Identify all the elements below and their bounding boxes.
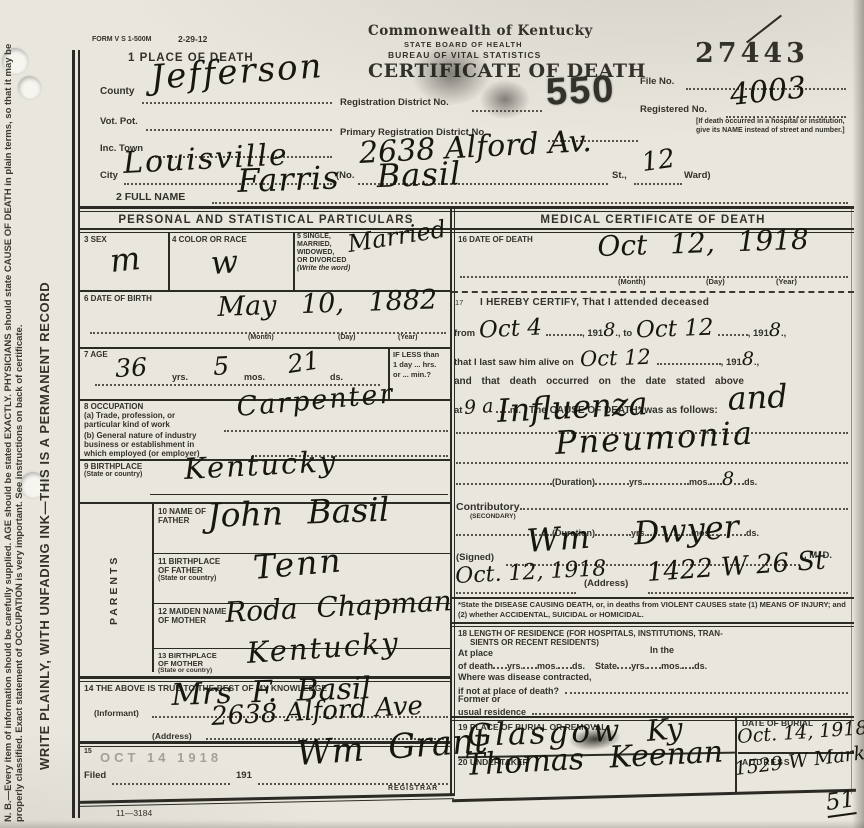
death-certificate-scan: N. B.—Every item of information should b… (0, 0, 864, 828)
city-label: City (100, 170, 118, 181)
informant-label: (Informant) (94, 708, 139, 718)
last-saw-year-prefix: , 191 (721, 357, 742, 368)
vot-pot-label: Vot. Pot. (100, 116, 138, 127)
dod-month-label: (Month) (618, 277, 645, 286)
at-label: at (454, 405, 462, 416)
column-divider (450, 206, 452, 796)
duration-mos-label: mos. (689, 477, 710, 487)
column-divider (454, 206, 455, 796)
page-edge-shadow-bottom (0, 820, 864, 828)
occupation-a-label-2: particular kind of work (84, 420, 170, 429)
contracted-label-1: Where was disease contracted, (458, 672, 592, 682)
full-name-line (212, 200, 848, 204)
attended-to-year-prefix: , 191 (748, 328, 769, 339)
occupation-a-label-1: (a) Trade, profession, or (84, 411, 175, 420)
age-mos-label: mos. (244, 372, 265, 382)
parents-label: PARENTS (108, 555, 120, 625)
ward-value: 12 (640, 144, 677, 178)
duration2-ds-label: ds. (746, 528, 759, 538)
filed-line (112, 781, 230, 785)
st-label: St., (612, 170, 627, 181)
ifless-label-2: 1 day ... hrs. (393, 360, 436, 369)
attended-to-year-value: 8 (769, 319, 781, 341)
birthplace-sub-label: (State or country) (84, 471, 142, 478)
res-yrs-1: yrs. (507, 661, 523, 671)
row-rule (452, 597, 854, 599)
attended-from-value: Oct 4 (478, 314, 542, 343)
ward-label: Ward) (684, 170, 711, 181)
margin-nb-note: N. B.—Every item of information should b… (3, 32, 25, 822)
color-value: w (209, 242, 239, 282)
ifless-label-3: or ... min.? (393, 370, 431, 379)
full-name-label: 2 FULL NAME (116, 191, 185, 203)
bureau: BUREAU OF VITAL STATISTICS (388, 50, 541, 60)
reg-district-line (472, 108, 542, 112)
marital-label-1: 5 SINGLE, (297, 233, 331, 241)
res-mos-2: mos. (661, 661, 682, 671)
row-rule-heavy (452, 789, 856, 802)
line-end: ., (754, 357, 759, 368)
reg-district-stamp: 550 (545, 68, 617, 115)
age-months-value: 5 (212, 351, 229, 381)
form-code: FORM V S 1-500M (92, 36, 152, 43)
last-saw-label: that I last saw him alive on (454, 357, 574, 368)
mother-birthplace-sub-label: (State or country) (158, 667, 212, 674)
filed-date-stamp: OCT 14 1918 (100, 750, 222, 765)
duration-yrs-label: yrs. (629, 477, 645, 487)
form-revision: 2-29-12 (178, 34, 207, 44)
attended-from-label: from (454, 328, 475, 339)
occupation-b-label-3: which employed (or employer) (84, 449, 200, 458)
duration-ds-label: ds. (744, 477, 757, 487)
secondary-label: (SECONDARY) (470, 513, 516, 520)
occupation-a-line (224, 428, 448, 432)
signed-date-line (456, 590, 576, 594)
birthplace-value: Kentucky (183, 444, 338, 486)
filed-label: Filed (84, 770, 106, 781)
res-yrs-2: yrs. (631, 661, 647, 671)
filed-year-prefix: 191 (236, 770, 252, 781)
mother-name-value: Roda Chapman (224, 584, 452, 629)
margin-rule (72, 50, 75, 818)
father-name-label-1: 10 NAME OF (158, 507, 206, 516)
leader (647, 657, 661, 669)
row-rule (452, 626, 854, 627)
margin-rule (78, 50, 80, 818)
leader (565, 682, 848, 694)
duration-label: (Duration) (552, 477, 595, 487)
leader (493, 657, 507, 669)
age-ds-label: ds. (330, 372, 343, 382)
leader (520, 498, 848, 510)
age-days-value: 21 (285, 345, 321, 379)
leader (617, 657, 631, 669)
residence-title-2: SIENTS OR RECENT RESIDENTS) (470, 638, 599, 647)
father-name-label-2: FATHER (158, 516, 189, 525)
cell-rule (152, 502, 154, 672)
state-board: STATE BOARD OF HEALTH (404, 40, 523, 49)
sex-value: m (108, 239, 142, 280)
dod-year-label: (Year) (776, 277, 797, 286)
physician-address-line (648, 590, 848, 594)
father-birthplace-label-1: 11 BIRTHPLACE (158, 557, 220, 566)
age-years-value: 36 (114, 352, 147, 383)
attended-to-label: ., to (615, 328, 632, 339)
commonwealth-title: Commonwealth of Kentucky (368, 23, 593, 39)
reg-district-label: Registration District No. (340, 97, 449, 108)
marital-label-3: WIDOWED, (297, 249, 334, 256)
birthplace-label: 9 BIRTHPLACE (84, 462, 142, 471)
sex-label: 3 SEX (84, 235, 107, 244)
registered-no-label: Registered No. (640, 104, 707, 115)
dob-month-label: (Month) (248, 334, 274, 341)
physician-address-label: (Address) (584, 578, 628, 589)
vot-pot-line (146, 127, 332, 131)
row-rule (80, 347, 452, 349)
registrar-label: REGISTRAR (388, 785, 438, 792)
ward-line (634, 181, 682, 185)
res-ds-1: ds. (572, 661, 585, 671)
cell-rule (168, 232, 170, 290)
frame-rule (80, 211, 854, 212)
leader (710, 473, 722, 485)
res-mos-1: mos. (537, 661, 558, 671)
line-end: ., (781, 328, 786, 339)
dob-day-label: (Day) (338, 334, 356, 341)
attended-from-year-value: 8 (603, 319, 615, 341)
county-label: County (100, 86, 134, 97)
cause-line-2 (456, 460, 848, 464)
father-name-value: John Basil (207, 490, 390, 535)
frame-rule (80, 206, 854, 209)
death-time-value: 9 a (464, 395, 495, 419)
certify-section-no: 17 (455, 298, 463, 307)
cell-rule (293, 232, 295, 290)
ifless-label-1: IF LESS than (393, 350, 439, 359)
state-label: State (595, 661, 617, 671)
of-death-label: of death (458, 661, 493, 671)
physician-address-value: 1422 W 26 St (646, 546, 827, 588)
res-ds-2: ds. (694, 661, 707, 671)
leader (682, 657, 694, 669)
leader (558, 657, 572, 669)
form-number: 11—3184 (116, 808, 152, 818)
informant-address-label: (Address) (152, 731, 192, 741)
leader (657, 353, 721, 365)
leader (523, 657, 537, 669)
attended-from-year-prefix: , 191 (582, 328, 603, 339)
attended-to-value: Oct 12 (636, 315, 714, 344)
in-the-label: In the (650, 645, 674, 655)
residence-title-1: 18 LENGTH OF RESIDENCE (FOR HOSPITALS, I… (458, 629, 723, 638)
certify-text: I HEREBY CERTIFY, That I attended deceas… (480, 297, 709, 308)
frame-rule (851, 206, 852, 794)
dob-value: May 10, 1882 (217, 284, 438, 323)
dob-year-label: (Year) (398, 334, 417, 341)
contributory-label: Contributory (456, 501, 520, 513)
dob-label: 6 DATE OF BIRTH (84, 294, 152, 303)
mother-name-label-1: 12 MAIDEN NAME (158, 607, 226, 616)
father-birthplace-value: Tenn (252, 540, 345, 587)
father-birthplace-sub-label: (State or country) (158, 575, 216, 582)
last-saw-value: Oct 12 (579, 345, 651, 371)
file-no-label: File No. (640, 76, 674, 87)
mother-birthplace-value: Kentucky (246, 625, 401, 670)
leader (546, 324, 582, 336)
occupation-b-label-1: (b) General nature of industry (84, 431, 196, 440)
age-label: 7 AGE (84, 350, 108, 359)
marital-label-5: (Write the word) (297, 265, 350, 272)
father-birthplace-label-2: OF FATHER (158, 566, 203, 575)
county-line (142, 100, 332, 104)
last-saw-year-value: 8 (742, 348, 754, 370)
marital-label-2: MARRIED, (297, 241, 332, 248)
date-of-death-value: Oct 12, 1918 (597, 223, 810, 263)
margin-write-plainly: WRITE PLAINLY, WITH UNFADING INK—THIS IS… (37, 50, 52, 770)
duration-days-value: 8 (722, 468, 734, 490)
row-rule-dashed (452, 291, 854, 293)
dod-day-label: (Day) (706, 277, 725, 286)
page-mark: 51 (824, 786, 857, 818)
occupation-label: 8 OCCUPATION (84, 402, 143, 411)
leader (595, 473, 629, 485)
mother-name-label-2: OF MOTHER (158, 616, 206, 625)
full-name-value: Farris Basil (237, 154, 462, 200)
leader (456, 473, 552, 485)
leader (718, 324, 748, 336)
serial-number: 27443 (695, 38, 809, 69)
leader (734, 473, 744, 485)
occupation-b-label-2: business or establishment in (84, 440, 194, 449)
hospital-note: [If death occurred in a hospital or inst… (696, 118, 848, 135)
row-rule-heavy (452, 622, 854, 624)
filed-section-no: 15 (84, 748, 92, 755)
age-yrs-label: yrs. (172, 372, 188, 382)
cause-footnote: *State the DISEASE CAUSING DEATH, or, in… (458, 600, 850, 619)
registered-no-value: 4003 (728, 70, 808, 113)
leader (645, 473, 689, 485)
physician-signature: Wm Dwyer (525, 507, 740, 560)
marital-label-4: OR DIVORCED (297, 257, 346, 264)
date-of-death-label: 16 DATE OF DEATH (458, 235, 533, 244)
page-edge-shadow-right (852, 0, 864, 828)
